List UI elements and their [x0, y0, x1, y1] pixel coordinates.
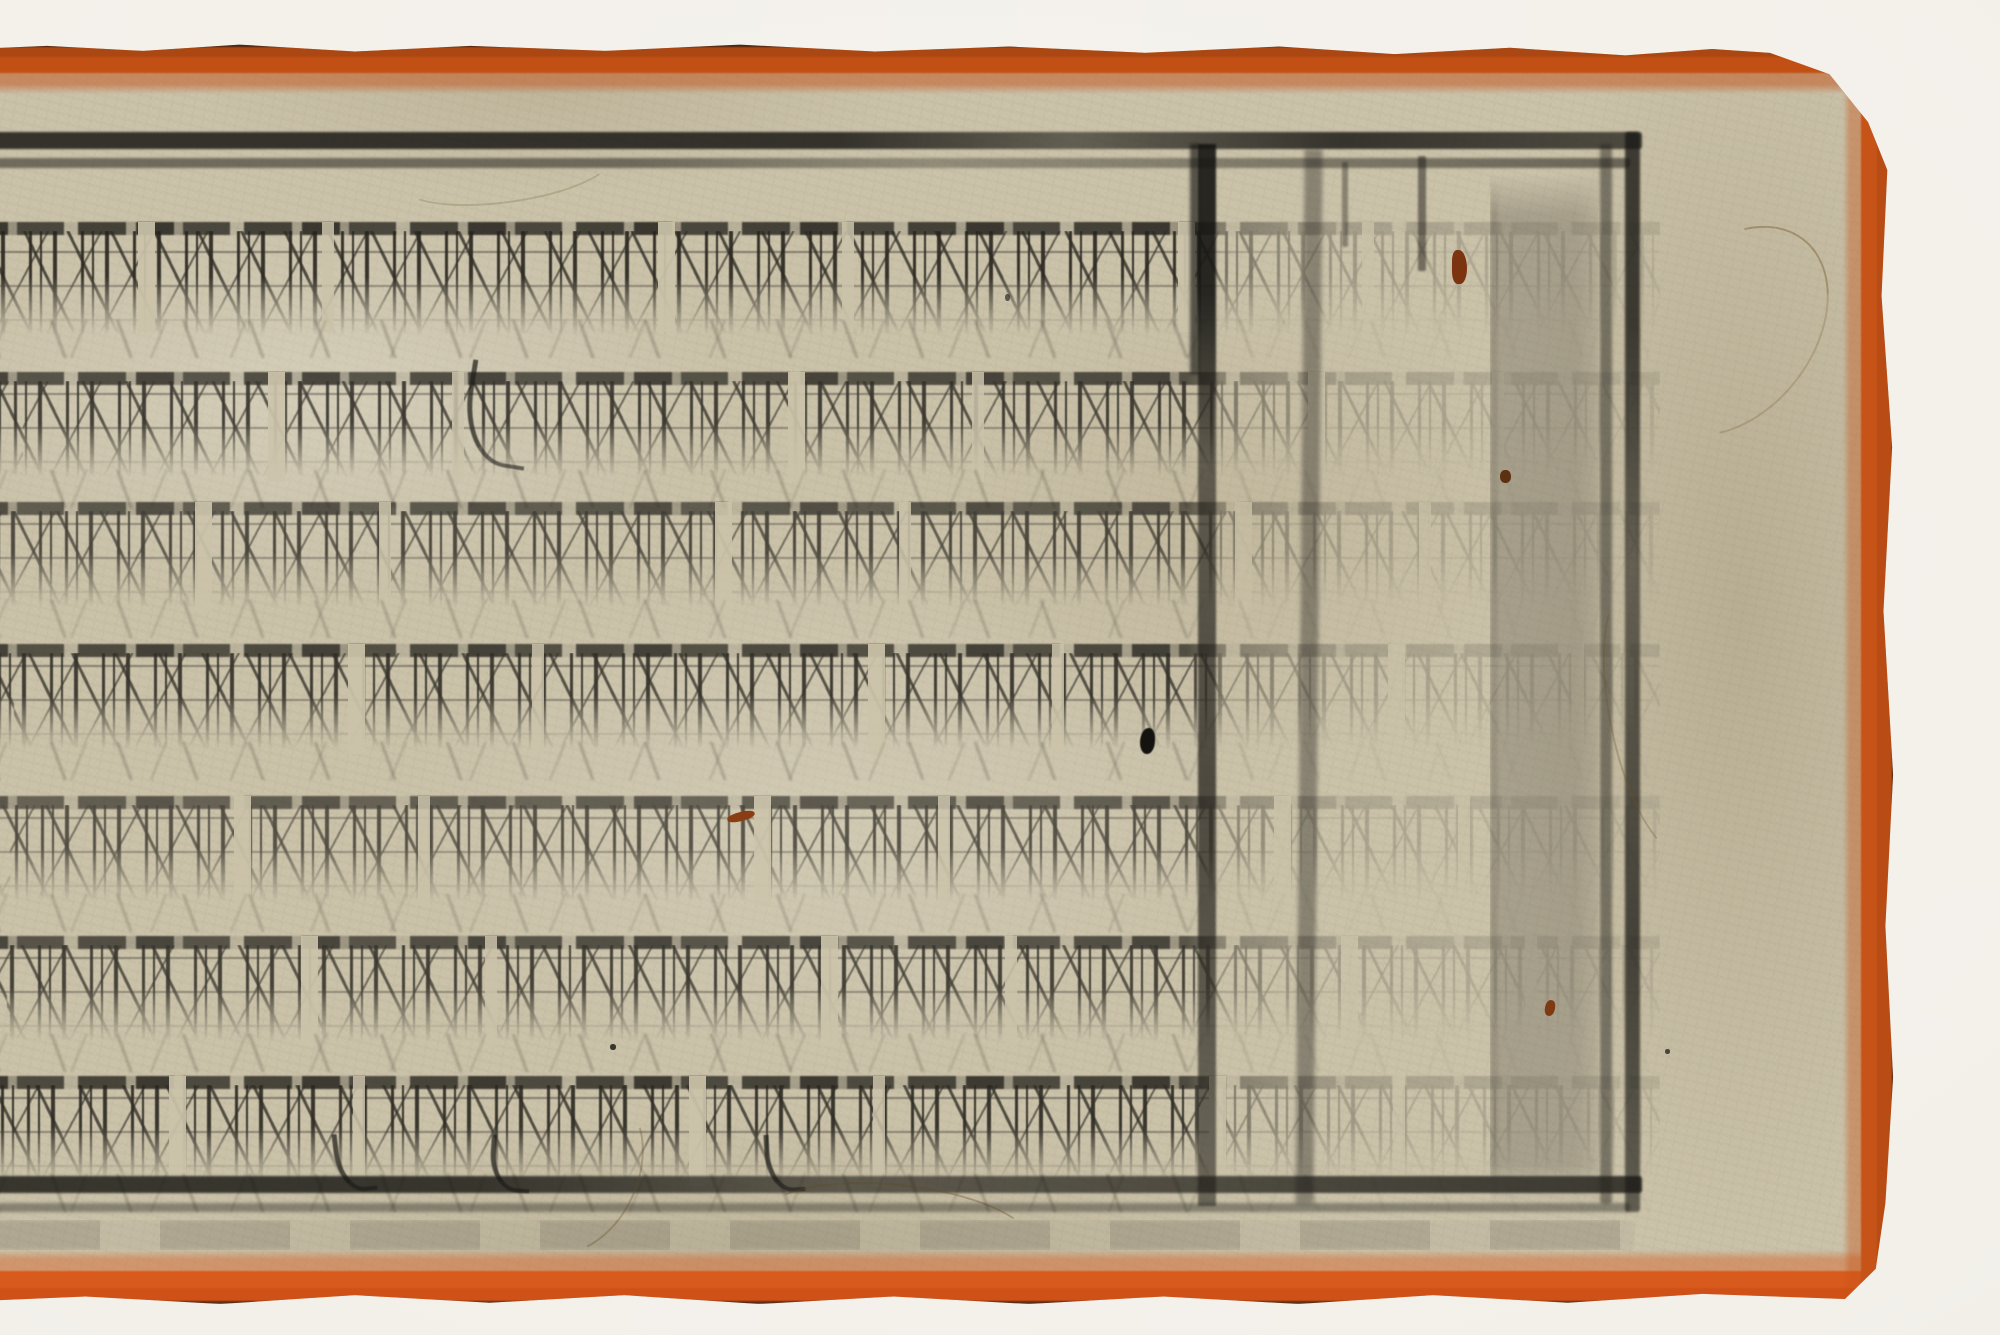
text-line — [0, 372, 1660, 504]
brown-speck — [1500, 470, 1511, 483]
syllable-gaps — [0, 1076, 1660, 1186]
text-line — [0, 796, 1660, 928]
dyed-edge-right — [1843, 44, 1895, 1304]
ink-speck — [1005, 294, 1010, 301]
manuscript-folio — [0, 44, 1895, 1304]
text-line — [0, 502, 1660, 634]
rust-fleck — [1452, 250, 1467, 284]
syllable-gaps — [0, 796, 1660, 906]
dyed-edge-bottom — [0, 1250, 1895, 1304]
text-block — [0, 44, 1660, 1304]
text-line — [0, 222, 1660, 354]
margin-divider-rule — [1198, 144, 1216, 1206]
frame-rule-top-outer — [0, 132, 1642, 149]
margin-tick-mark — [1418, 156, 1426, 271]
syllable-gaps — [0, 502, 1660, 612]
ghost-offset-strokes — [0, 320, 1660, 358]
syllable-gaps — [0, 644, 1660, 754]
text-line — [0, 936, 1660, 1068]
ink-speck — [610, 1044, 616, 1050]
ghost-offset-strokes — [0, 894, 1660, 932]
text-line — [0, 644, 1660, 776]
ghost-offset-strokes — [0, 1034, 1660, 1072]
gray-ink-smear-band — [1490, 174, 1598, 1204]
photo-backdrop — [0, 0, 2000, 1335]
margin-tick-mark — [1342, 162, 1348, 247]
ink-speck — [1665, 1049, 1670, 1054]
syllable-gaps — [0, 936, 1660, 1046]
dyed-edge-top — [0, 44, 1895, 94]
ghost-offset-strokes — [0, 742, 1660, 780]
syllable-gaps — [0, 222, 1660, 332]
syllable-gaps — [0, 372, 1660, 482]
frame-rule-top-inner — [0, 158, 1630, 168]
ghost-offset-strokes — [0, 600, 1660, 638]
